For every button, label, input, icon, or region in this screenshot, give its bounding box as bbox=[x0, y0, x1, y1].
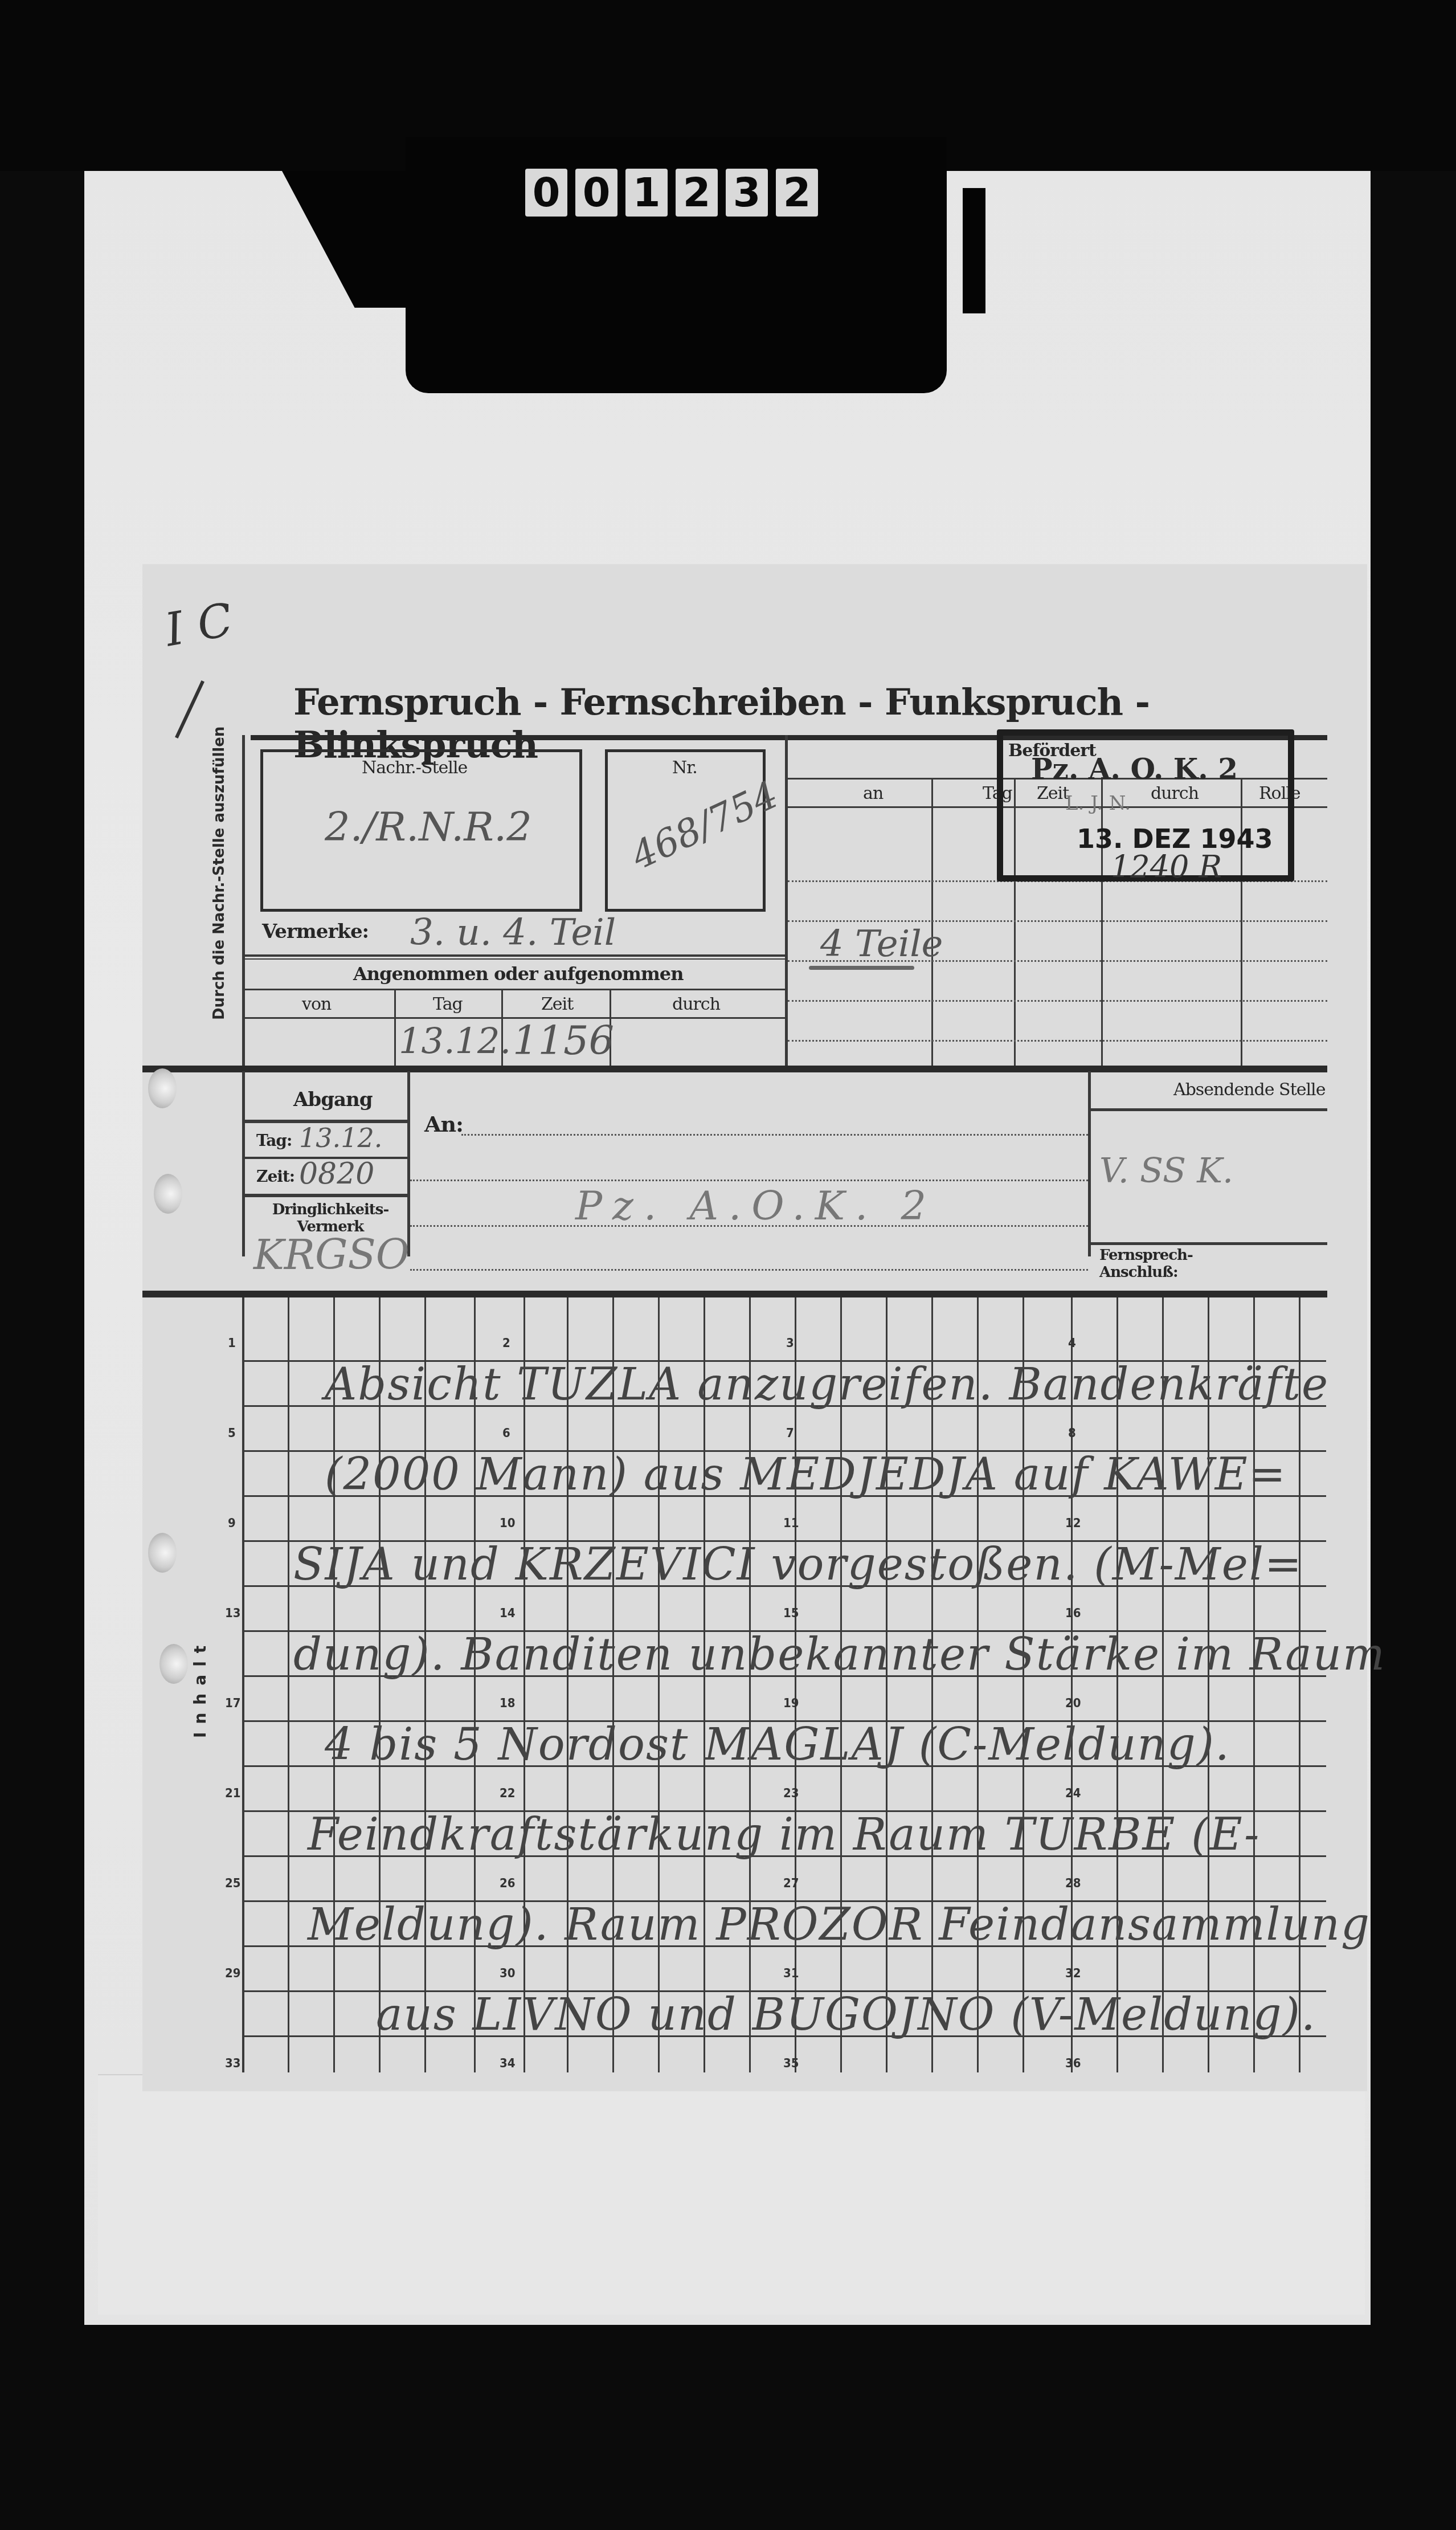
backing-lower-sheet bbox=[98, 2074, 1365, 2315]
grid-number: 10 bbox=[500, 1516, 516, 1531]
an-dotted-2 bbox=[410, 1180, 1088, 1181]
received-divider-1 bbox=[394, 989, 396, 1066]
received-tag-value: 13.12. bbox=[399, 1020, 511, 1062]
grid-number: 34 bbox=[500, 2056, 516, 2071]
received-col-durch: durch bbox=[672, 994, 720, 1014]
grid-vline bbox=[795, 1297, 796, 2072]
received-col-tag: Tag bbox=[433, 994, 463, 1014]
counter-digit: 0 bbox=[525, 169, 567, 217]
grid-number: 30 bbox=[500, 1966, 516, 1981]
grid-vline bbox=[840, 1297, 842, 2072]
message-line: Meldung). Raum PROZOR Feindansammlung bbox=[308, 1899, 1371, 1950]
grid-number: 5 bbox=[228, 1426, 236, 1441]
grid-vline bbox=[333, 1297, 335, 2072]
margin-slash bbox=[175, 680, 205, 738]
grid-vline bbox=[1023, 1297, 1024, 2072]
punch-hole bbox=[148, 1533, 177, 1573]
grid-number: 14 bbox=[500, 1606, 516, 1621]
grid-number: 28 bbox=[1065, 1876, 1081, 1891]
vermerke-rule bbox=[245, 954, 785, 957]
stamp-line2: L. J. N. bbox=[1065, 792, 1131, 815]
grid-vline bbox=[1253, 1297, 1255, 2072]
message-form: I C Fernspruch - Fernschreiben - Funkspr… bbox=[142, 564, 1367, 2091]
stamp-unit: Pz. A. O. K. 2 bbox=[1031, 752, 1238, 786]
an-dotted-1 bbox=[461, 1134, 1088, 1136]
grid-number: 22 bbox=[500, 1786, 516, 1801]
grid-number: 32 bbox=[1065, 1966, 1081, 1981]
grid-vline bbox=[474, 1297, 476, 2072]
grid-number: 20 bbox=[1065, 1696, 1081, 1711]
grid-number: 24 bbox=[1065, 1786, 1081, 1801]
grid-number: 29 bbox=[225, 1966, 241, 1981]
grid-vline bbox=[1116, 1297, 1118, 2072]
grid-number: 9 bbox=[228, 1516, 236, 1531]
message-line: 4 bis 5 Nordost MAGLAJ (C-Meldung). bbox=[325, 1719, 1230, 1770]
grid-number: 7 bbox=[786, 1426, 794, 1441]
nachr-stelle-label: Nachr.-Stelle bbox=[362, 758, 467, 778]
grid-vline bbox=[1299, 1297, 1300, 2072]
grid-vline bbox=[1208, 1297, 1209, 2072]
grid-vline bbox=[931, 1297, 933, 2072]
message-line: (2000 Mann) aus MEDJEDJA auf KAWE= bbox=[325, 1449, 1287, 1500]
vermerke-value: 3. u. 4. Teil bbox=[410, 912, 616, 954]
grid-number: 13 bbox=[225, 1606, 241, 1621]
grid-vline bbox=[523, 1297, 525, 2072]
nachr-stelle-value: 2./R.N.R.2 bbox=[325, 803, 532, 850]
absender-value: V. SS K. bbox=[1099, 1151, 1233, 1191]
received-heading: Angenommen oder aufgenommen bbox=[353, 963, 683, 985]
grid-number: 27 bbox=[783, 1876, 799, 1891]
grid-vline bbox=[424, 1297, 426, 2072]
counter-tab bbox=[963, 188, 985, 313]
grid-vline bbox=[288, 1297, 289, 2072]
inhalt-label: Inhalt bbox=[191, 1638, 210, 1738]
section-rule-1 bbox=[142, 1066, 1327, 1072]
section-rule-2 bbox=[142, 1291, 1327, 1297]
received-rule bbox=[245, 989, 785, 990]
grid-vline bbox=[658, 1297, 660, 2072]
grid-number: 3 bbox=[786, 1336, 794, 1350]
grid-vline bbox=[704, 1297, 705, 2072]
abgang-rule-3 bbox=[245, 1194, 409, 1197]
grid-vline bbox=[379, 1297, 381, 2072]
vermerke-label: Vermerke: bbox=[262, 920, 369, 943]
abgang-zeit-value: 0820 bbox=[299, 1157, 374, 1191]
grid-number: 6 bbox=[502, 1426, 510, 1441]
vermerke-rule-2 bbox=[245, 958, 785, 960]
abgang-right bbox=[407, 1071, 410, 1256]
an-label: An: bbox=[424, 1111, 463, 1137]
fernsprech-label: Fernsprech-Anschluß: bbox=[1099, 1247, 1191, 1281]
grid-number: 1 bbox=[228, 1336, 236, 1350]
message-line: Feindkraftstärkung im Raum TURBE (E- bbox=[308, 1809, 1260, 1860]
stamp-handwritten: 1240 R bbox=[1111, 849, 1222, 885]
forwarded-dotted-5 bbox=[788, 1040, 1327, 1042]
grid-number: 26 bbox=[500, 1876, 516, 1891]
grid-number: 31 bbox=[783, 1966, 799, 1981]
forwarded-dotted-2 bbox=[788, 920, 1327, 922]
grid-number: 11 bbox=[783, 1516, 799, 1531]
grid-number: 35 bbox=[783, 2056, 799, 2071]
message-line: Absicht TUZLA anzugreifen. Bandenkräfte bbox=[325, 1359, 1329, 1410]
grid-number: 18 bbox=[500, 1696, 516, 1711]
message-line: dung). Banditen unbekannter Stärke im Ra… bbox=[293, 1629, 1386, 1680]
dringlichkeit-label: Dringlichkeits-Vermerk bbox=[265, 1201, 396, 1235]
nr-label: Nr. bbox=[672, 758, 697, 778]
grid-number: 19 bbox=[783, 1696, 799, 1711]
abgang-tag-value: 13.12. bbox=[299, 1123, 382, 1153]
counter-digit: 2 bbox=[676, 169, 718, 217]
grid-vline bbox=[886, 1297, 887, 2072]
grid-number: 33 bbox=[225, 2056, 241, 2071]
received-col-zeit: Zeit bbox=[541, 994, 573, 1014]
received-zeit-value: 1156 bbox=[513, 1017, 614, 1064]
forwarded-col-an: an bbox=[863, 784, 883, 803]
counter-digits: 0 0 1 2 3 2 bbox=[525, 169, 818, 217]
grid-vline bbox=[242, 1297, 244, 2072]
abgang-left bbox=[242, 1071, 245, 1256]
grid-number: 17 bbox=[225, 1696, 241, 1711]
grid-vline bbox=[749, 1297, 751, 2072]
grid-number: 23 bbox=[783, 1786, 799, 1801]
abgang-label: Abgang bbox=[293, 1088, 372, 1111]
absender-left bbox=[1088, 1071, 1091, 1256]
an-dotted-4 bbox=[410, 1269, 1088, 1271]
side-label: Durch die Nachr.-Stelle auszufüllen bbox=[211, 727, 228, 1020]
grid-number: 25 bbox=[225, 1876, 241, 1891]
counter-digit: 3 bbox=[726, 169, 768, 217]
grid-number: 16 bbox=[1065, 1606, 1081, 1621]
absender-rule bbox=[1091, 1108, 1327, 1111]
grid-number: 4 bbox=[1068, 1336, 1076, 1350]
grid-number: 21 bbox=[225, 1786, 241, 1801]
message-line: aus LIVNO und BUGOJNO (V-Meldung). bbox=[376, 1989, 1316, 2041]
punch-hole bbox=[154, 1174, 182, 1214]
abgang-tag-label: Tag: bbox=[256, 1131, 292, 1150]
punch-hole bbox=[148, 1068, 177, 1108]
grid-vline bbox=[612, 1297, 614, 2072]
grid-number: 8 bbox=[1068, 1426, 1076, 1441]
grid-number: 15 bbox=[783, 1606, 799, 1621]
counter-digit: 2 bbox=[776, 169, 818, 217]
forwarded-note-underline bbox=[809, 966, 914, 970]
grid-number: 2 bbox=[502, 1336, 510, 1350]
frame-mid bbox=[785, 735, 788, 1066]
forwarded-dotted-4 bbox=[788, 1000, 1327, 1002]
grid-vline bbox=[1162, 1297, 1164, 2072]
absender-label: Absendende Stelle bbox=[1173, 1080, 1325, 1100]
grid-vline bbox=[977, 1297, 979, 2072]
punch-hole bbox=[159, 1644, 188, 1684]
received-col-von: von bbox=[302, 994, 331, 1014]
grid-vline bbox=[567, 1297, 569, 2072]
fernsprech-rule bbox=[1091, 1242, 1327, 1245]
dringlichkeit-value: KRGSO bbox=[253, 1231, 410, 1279]
counter-digit: 0 bbox=[575, 169, 617, 217]
abgang-zeit-label: Zeit: bbox=[256, 1167, 295, 1186]
an-value: Pz. A.O.K. 2 bbox=[575, 1182, 936, 1229]
frame-left bbox=[242, 735, 245, 1066]
grid-vline bbox=[1071, 1297, 1073, 2072]
message-line: SIJA und KRZEVICI vorgestoßen. (M-Mel= bbox=[293, 1539, 1303, 1590]
forwarded-note: 4 Teile bbox=[820, 923, 943, 965]
counter-digit: 1 bbox=[625, 169, 668, 217]
grid-number: 36 bbox=[1065, 2056, 1081, 2071]
margin-annotation: I C bbox=[161, 593, 237, 656]
grid-number: 12 bbox=[1065, 1516, 1081, 1531]
